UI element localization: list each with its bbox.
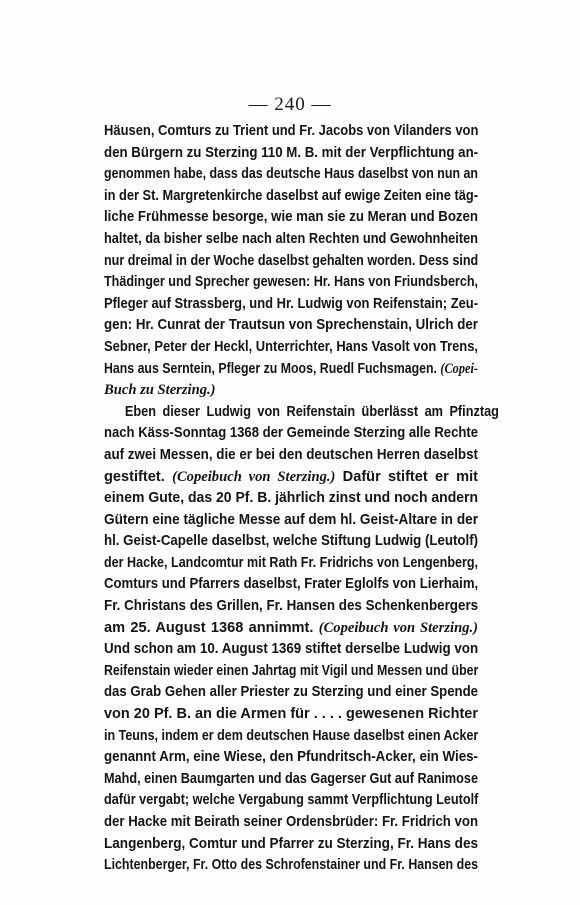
page-number: — 240 —	[0, 94, 580, 116]
text-line: Lichtenberger, Fr. Otto des Schrofenstai…	[104, 855, 478, 877]
line-text: Comturs und Pfarrers daselbst, Frater Eg…	[104, 576, 478, 592]
line-text: den Bürgern zu Sterzing 110 M. B. mit de…	[104, 145, 478, 161]
line-text: Eben dieser Ludwig von Reifenstain überl…	[125, 404, 499, 420]
line-text: Und schon am 10. August 1369 stiftet der…	[104, 641, 478, 657]
text-line: genommen habe, dass das deutsche Haus da…	[104, 164, 478, 186]
text-line: Reifenstain wieder einen Jahrtag mit Vig…	[104, 661, 478, 683]
text-line: Mahd, einen Baumgarten und das Gagerser …	[104, 769, 478, 791]
citation: Buch zu Sterzing.)	[104, 382, 216, 398]
text-line: Buch zu Sterzing.)	[104, 380, 478, 402]
text-line: der Hacke mit Beirath seiner Ordensbrüde…	[104, 812, 478, 834]
text-line: Pfleger auf Strassberg, und Hr. Ludwig v…	[104, 294, 478, 316]
text-line: Gütern eine tägliche Messe auf dem hl. G…	[104, 510, 478, 532]
text-line: Thädinger und Sprecher gewesen: Hr. Hans…	[104, 272, 478, 294]
text-line: Hans aus Serntein, Pfleger zu Moos, Rued…	[104, 359, 478, 381]
line-text: nach Käss-Sonntag 1368 der Gemeinde Ster…	[104, 425, 478, 441]
text-line: Sebner, Peter der Heckl, Unterrichter, H…	[104, 337, 478, 359]
line-text: hl. Geist-Capelle daselbst, welche Stift…	[104, 533, 478, 549]
text-line: der Hacke, Landcomtur mit Rath Fr. Fridr…	[104, 553, 478, 575]
line-text: Fr. Christans des Grillen, Fr. Hansen de…	[104, 598, 478, 614]
book-page: — 240 — Häusen, Comturs zu Trient und Fr…	[0, 0, 580, 905]
line-text: das Grab Gehen aller Priester zu Sterzin…	[104, 684, 478, 700]
line-text: gen: Hr. Cunrat der Trautsun von Spreche…	[104, 317, 478, 333]
line-text: einem Gute, das 20 Pf. B. jährlich zinst…	[104, 490, 478, 506]
text-line: gestiftet. (Copeibuch von Sterzing.) Daf…	[104, 467, 478, 489]
line-text: auf zwei Messen, die er bei den deutsche…	[104, 447, 478, 463]
line-text: genommen habe, dass das deutsche Haus da…	[104, 166, 478, 182]
text-line: Häusen, Comturs zu Trient und Fr. Jacobs…	[104, 121, 478, 143]
line-text: der Hacke mit Beirath seiner Ordensbrüde…	[104, 814, 478, 830]
text-line: liche Frühmesse besorge, wie man sie zu …	[104, 207, 478, 229]
text-line: dafür vergabt; welche Vergabung sammt Ve…	[104, 790, 478, 812]
text-line: das Grab Gehen aller Priester zu Sterzin…	[104, 682, 478, 704]
line-text: gestiftet.	[104, 469, 172, 485]
line-text: Mahd, einen Baumgarten und das Gagerser …	[104, 771, 478, 787]
text-line: Fr. Christans des Grillen, Fr. Hansen de…	[104, 596, 478, 618]
line-text: Pfleger auf Strassberg, und Hr. Ludwig v…	[104, 296, 478, 312]
text-line: genannt Arm, eine Wiese, den Pfundritsch…	[104, 747, 478, 769]
line-text: haltet, da bisher selbe nach alten Recht…	[104, 231, 478, 247]
text-line: nur dreimal in der Woche daselbst gehalt…	[104, 251, 478, 273]
line-text: Häusen, Comturs zu Trient und Fr. Jacobs…	[104, 123, 478, 139]
line-text: Hans aus Serntein, Pfleger zu Moos, Rued…	[104, 361, 440, 377]
text-line: Eben dieser Ludwig von Reifenstain überl…	[104, 402, 499, 424]
text-line: haltet, da bisher selbe nach alten Recht…	[104, 229, 478, 251]
text-line: Langenberg, Comtur und Pfarrer zu Sterzi…	[104, 834, 478, 856]
line-text: in Teuns, indem er dem deutschen Hause d…	[104, 728, 478, 744]
line-text: dafür vergabt; welche Vergabung sammt Ve…	[104, 792, 478, 808]
text-line: hl. Geist-Capelle daselbst, welche Stift…	[104, 531, 478, 553]
line-text: Lichtenberger, Fr. Otto des Schrofenstai…	[104, 857, 478, 873]
line-text: Reifenstain wieder einen Jahrtag mit Vig…	[104, 663, 478, 679]
line-text: der Hacke, Landcomtur mit Rath Fr. Fridr…	[104, 555, 478, 571]
text-line: von 20 Pf. B. an die Armen für . . . . g…	[104, 704, 478, 726]
line-text: liche Frühmesse besorge, wie man sie zu …	[104, 209, 478, 225]
line-text: Sebner, Peter der Heckl, Unterrichter, H…	[104, 339, 478, 355]
body-text: Häusen, Comturs zu Trient und Fr. Jacobs…	[104, 121, 478, 877]
line-text: genannt Arm, eine Wiese, den Pfundritsch…	[104, 749, 478, 765]
line-text: Langenberg, Comtur und Pfarrer zu Sterzi…	[104, 836, 478, 852]
text-line: Und schon am 10. August 1369 stiftet der…	[104, 639, 478, 661]
line-text: in der St. Margretenkirche daselbst auf …	[104, 188, 478, 204]
text-line: auf zwei Messen, die er bei den deutsche…	[104, 445, 478, 467]
text-line: den Bürgern zu Sterzing 110 M. B. mit de…	[104, 143, 478, 165]
line-text: am 25. August 1368 annimmt.	[104, 620, 319, 636]
line-text: von 20 Pf. B. an die Armen für . . . . g…	[104, 706, 478, 722]
text-line: am 25. August 1368 annimmt. (Copeibuch v…	[104, 618, 478, 640]
text-line: in Teuns, indem er dem deutschen Hause d…	[104, 726, 478, 748]
line-text: Gütern eine tägliche Messe auf dem hl. G…	[104, 512, 478, 528]
citation: (Copeibuch von Sterzing.)	[172, 469, 335, 485]
line-text: Dafür stiftet er mit	[335, 469, 478, 485]
line-text: Thädinger und Sprecher gewesen: Hr. Hans…	[104, 274, 478, 290]
line-text: nur dreimal in der Woche daselbst gehalt…	[104, 253, 478, 269]
citation: (Copei-	[440, 361, 478, 377]
text-line: nach Käss-Sonntag 1368 der Gemeinde Ster…	[104, 423, 478, 445]
text-line: gen: Hr. Cunrat der Trautsun von Spreche…	[104, 315, 478, 337]
text-line: einem Gute, das 20 Pf. B. jährlich zinst…	[104, 488, 478, 510]
text-line: Comturs und Pfarrers daselbst, Frater Eg…	[104, 574, 478, 596]
text-line: in der St. Margretenkirche daselbst auf …	[104, 186, 478, 208]
citation: (Copeibuch von Sterzing.)	[319, 620, 478, 636]
